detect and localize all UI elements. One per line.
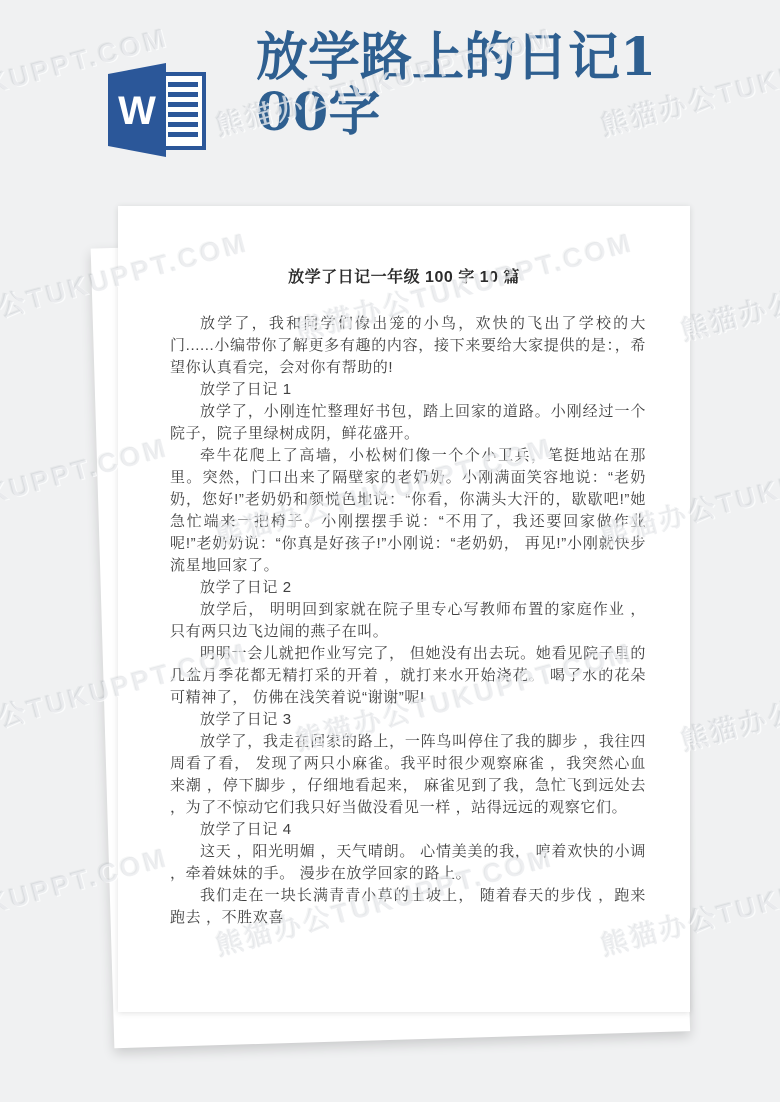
diary-paragraph: 明明一会儿就把作业写完了， 但她没有出去玩。她看见院子里的几盆月季花都无精打采的… [170,643,646,709]
diary-section-heading: 放学了日记 3 [170,709,646,731]
diary-paragraph: 放学了，我和同学们像出笼的小鸟，欢快的飞出了学校的大门......小编带你了解更… [170,313,646,379]
diary-paragraph: 放学后， 明明回到家就在院子里专心写教师布置的家庭作业 ，只有两只边飞边闹的燕子… [170,599,646,643]
document-page: 放学了日记一年级 100 字 10 篇 放学了，我和同学们像出笼的小鸟，欢快的飞… [118,206,690,1012]
diary-paragraph: 这天 ，阳光明媚 ，天气晴朗。 心情美美的我， 哼着欢快的小调 ，牵着妹妹的手。… [170,841,646,885]
diary-paragraph: 我们走在一块长满青青小草的土坡上， 随着春天的步伐 ，跑来跑去 ，不胜欢喜 [170,885,646,929]
diary-section-heading: 放学了日记 4 [170,819,646,841]
diary-section-heading: 放学了日记 1 [170,379,646,401]
word-letter-w: W [118,89,156,133]
diary-section-heading: 放学了日记 2 [170,577,646,599]
diary-paragraph: 放学了，小刚连忙整理好书包，踏上回家的道路。小刚经过一个院子，院子里绿树成阴，鲜… [170,401,646,445]
watermark-text: 熊猫办公TUKUPPT.COM [676,221,780,349]
diary-paragraph: 牵牛花爬上了高墙，小松树们像一个个小卫兵，笔挺地站在那里。突然，门口出来了隔壁家… [170,445,646,577]
page-title: 放学路上的日记100字 [256,30,676,140]
header: W 放学路上的日记100字 [0,0,780,180]
document-paragraphs: 放学了，我和同学们像出笼的小鸟，欢快的飞出了学校的大门......小编带你了解更… [170,313,646,929]
watermark-text: 熊猫办公TUKUPPT.COM [676,631,780,759]
document-title: 放学了日记一年级 100 字 10 篇 [118,264,690,287]
word-icon: W [104,60,208,160]
diary-paragraph: 放学了，我走在回家的路上，一阵鸟叫停住了我的脚步 ，我往四周看了看， 发现了两只… [170,731,646,819]
